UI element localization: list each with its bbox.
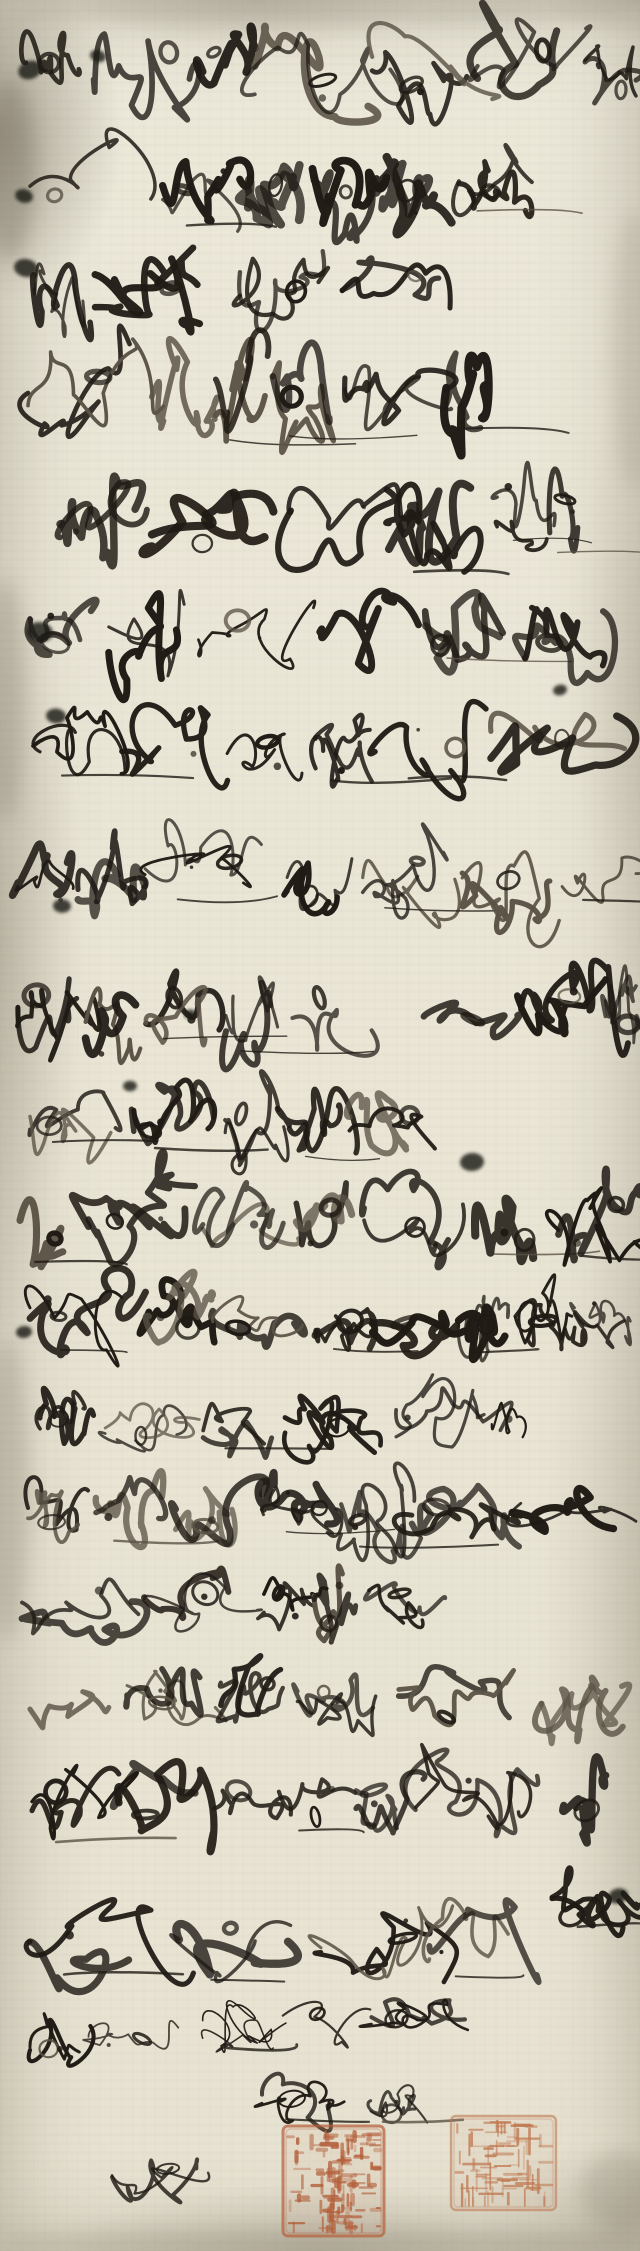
signature-cluster [112, 2159, 209, 2202]
seal-lower-right [451, 2116, 556, 2210]
calligraphy-ink-rows [12, 3, 640, 2131]
seal-lower-left [283, 2126, 384, 2236]
calligraphy-scroll [0, 0, 640, 2251]
artwork-svg [0, 0, 640, 2251]
